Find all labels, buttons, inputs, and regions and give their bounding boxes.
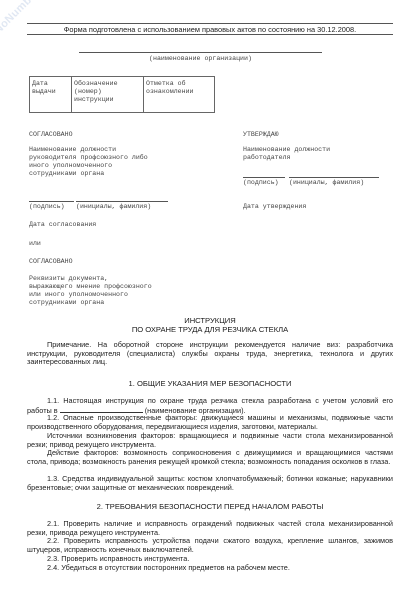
- approved-name-line: [289, 177, 379, 178]
- agreed-heading-alt: СОГЛАСОВАНО: [29, 258, 73, 266]
- section-2-paragraph-2-text: 2.2. Проверить исправность устройства по…: [27, 536, 393, 554]
- section-2-paragraph-3-text: 2.3. Проверить исправность инструмента.: [47, 554, 189, 563]
- issue-table-col-number: Обозначение (номер) инструкции: [72, 77, 144, 113]
- issue-table-col-acknowledgement: Отметка об ознакомлении: [144, 77, 215, 113]
- agreed-signature-caption: (подпись): [29, 203, 65, 211]
- agreed-signature-line: [29, 201, 74, 202]
- agreed-name-line: [76, 201, 168, 202]
- header-rule-bottom: [27, 34, 393, 35]
- section-1-paragraph-3: Источники возникновения факторов: вращаю…: [27, 432, 393, 449]
- organization-blank-line: [79, 52, 322, 53]
- approved-signature-caption: (подпись): [243, 179, 279, 187]
- or-label: или: [29, 240, 41, 248]
- instruction-title: ИНСТРУКЦИЯ: [27, 316, 393, 325]
- section-1-title: 1. ОБЩИЕ УКАЗАНИЯ МЕР БЕЗОПАСНОСТИ: [27, 379, 393, 388]
- section-2-paragraph-1: 2.1. Проверить наличие и исправность огр…: [27, 520, 393, 537]
- agreed-position: Наименование должности руководителя проф…: [29, 146, 148, 178]
- issue-table-col-date: Дата выдачи: [30, 77, 72, 113]
- agreed-date-label: Дата согласования: [29, 221, 96, 229]
- section-2-paragraph-2: 2.2. Проверить исправность устройства по…: [27, 537, 393, 554]
- instruction-subtitle: ПО ОХРАНЕ ТРУДА ДЛЯ РЕЗЧИКА СТЕКЛА: [27, 325, 393, 334]
- header-rule-top: [27, 23, 393, 24]
- section-1-paragraph-4: Действие факторов: возможность соприкосн…: [27, 449, 393, 466]
- section-2-paragraph-4: 2.4. Убедиться в отсутствии посторонних …: [27, 564, 393, 573]
- form-notice: Форма подготовлена с использованием прав…: [27, 25, 393, 34]
- section-2-paragraph-1-text: 2.1. Проверить наличие и исправность огр…: [27, 519, 393, 537]
- issue-table: Дата выдачи Обозначение (номер) инструкц…: [29, 76, 215, 113]
- section-1-paragraph-4-text: Действие факторов: возможность соприкосн…: [27, 448, 393, 466]
- approved-name-caption: (инициалы, фамилия): [289, 179, 364, 187]
- agreed-document-details: Реквизиты документа, выражающего мнение …: [29, 275, 152, 307]
- section-1-paragraph-2-text: 1.2. Опасные производственные факторы: д…: [27, 413, 393, 431]
- approved-position: Наименование должности работодателя: [243, 146, 330, 162]
- section-1-paragraph-3-text: Источники возникновения факторов: вращаю…: [27, 431, 393, 449]
- agreed-heading: СОГЛАСОВАНО: [29, 131, 73, 139]
- section-2-paragraph-4-text: 2.4. Убедиться в отсутствии посторонних …: [47, 563, 290, 572]
- note-paragraph: Примечание. На оборотной стороне инструк…: [27, 341, 393, 367]
- approved-signature-line: [243, 177, 285, 178]
- organization-caption: (наименование организации): [79, 55, 322, 62]
- section-1-paragraph-2: 1.2. Опасные производственные факторы: д…: [27, 414, 393, 431]
- section-1-paragraph-5-text: 1.3. Средства индивидуальной защиты: кос…: [27, 474, 393, 492]
- section-1-paragraph-5: 1.3. Средства индивидуальной защиты: кос…: [27, 475, 393, 492]
- note-text: Примечание. На оборотной стороне инструк…: [27, 340, 393, 366]
- approved-heading: УТВЕРЖДАЮ: [243, 131, 279, 139]
- approved-date-label: Дата утверждения: [243, 203, 306, 211]
- agreed-name-caption: (инициалы, фамилия): [76, 203, 151, 211]
- section-2-title: 2. ТРЕБОВАНИЯ БЕЗОПАСНОСТИ ПЕРЕД НАЧАЛОМ…: [27, 502, 393, 511]
- organization-name-blank: [60, 406, 143, 413]
